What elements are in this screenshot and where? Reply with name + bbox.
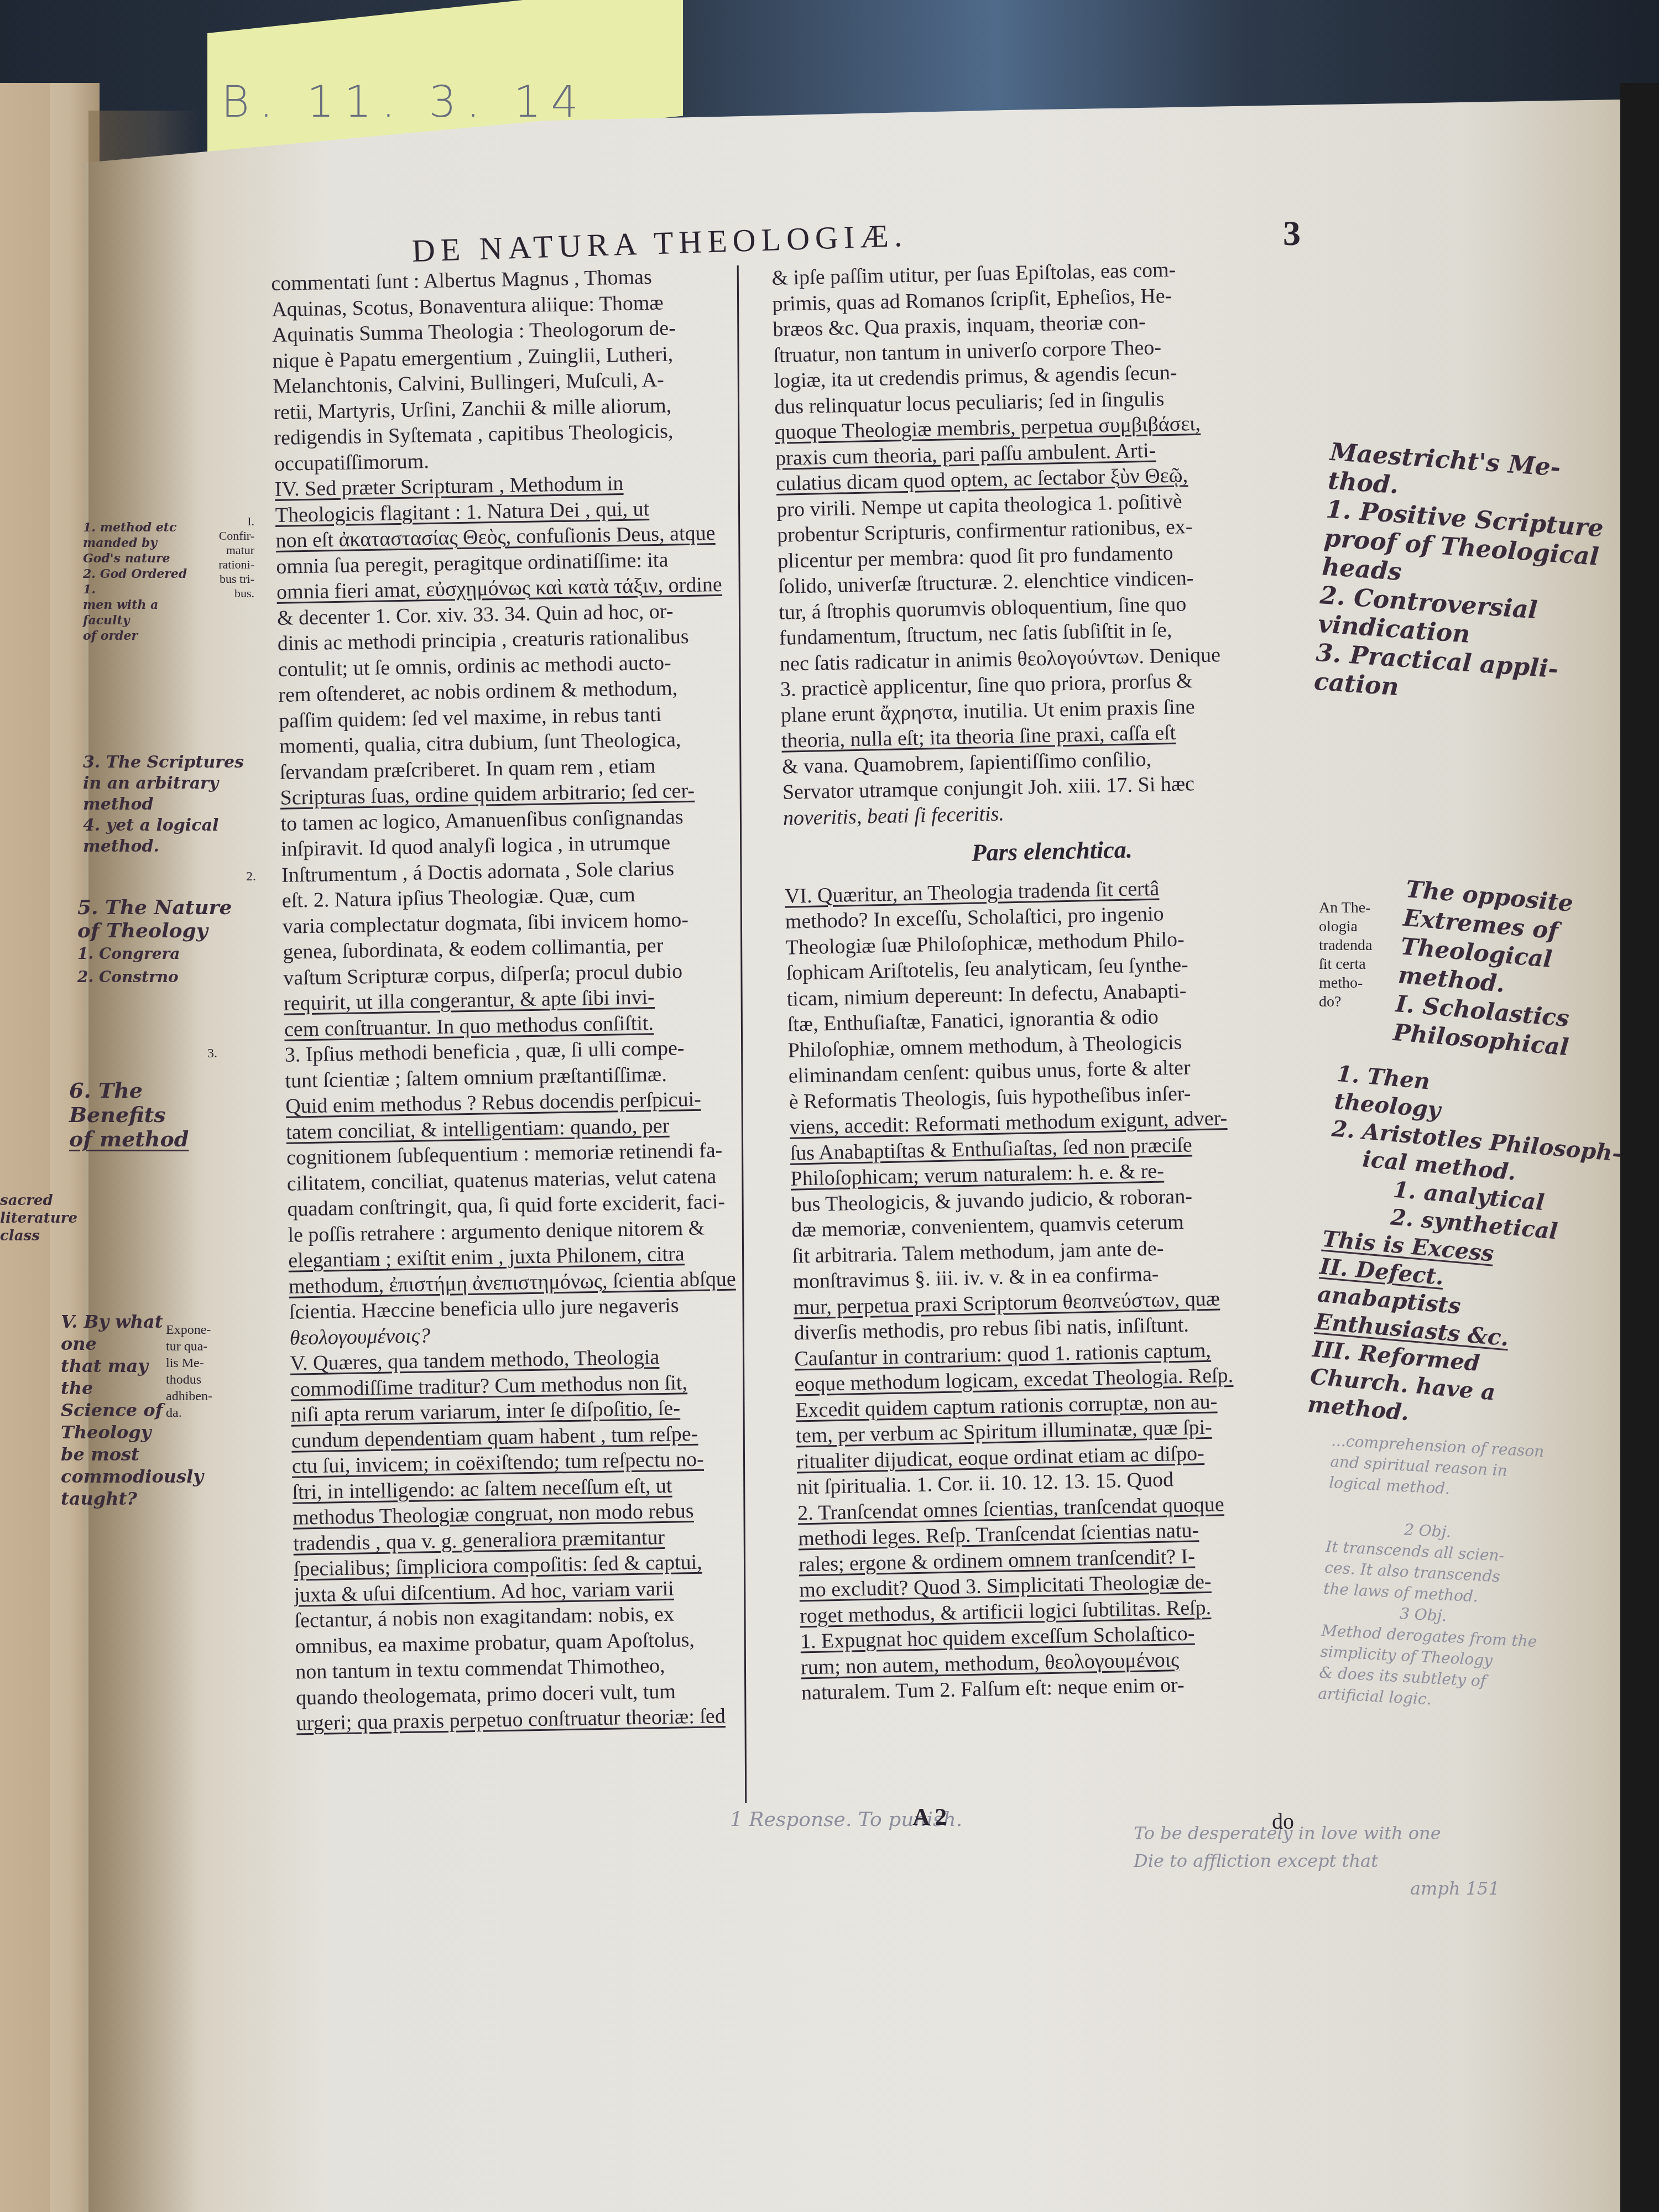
manuscript-note-extremes-detail: 1. Then theology 2. Aristotles Philosoph… <box>1307 1060 1647 1445</box>
note-line: men with a faculty <box>83 597 194 628</box>
note-line: Die to affliction except that <box>1134 1847 1521 1875</box>
note-line: be most <box>61 1443 177 1465</box>
note-line: of Theology <box>77 919 243 942</box>
note-line: 2. Constrno <box>77 966 243 989</box>
note-line: in an arbitrary <box>83 773 249 794</box>
note-line: class <box>0 1227 61 1245</box>
note-line: To be desperately in love with one <box>1134 1819 1521 1847</box>
call-number: B. 11. 3. 14 <box>221 77 588 127</box>
note-line: of method <box>69 1127 246 1151</box>
section-heading: Pars elenchtica. <box>784 833 1321 870</box>
note-line: sacred <box>0 1192 61 1209</box>
note-line: of order <box>83 628 194 644</box>
note-line: commodiously <box>61 1465 177 1488</box>
manuscript-note-left-scriptures: 3. The Scriptures in an arbitrary method… <box>83 752 249 857</box>
left-text-column: commentati ſunt : Albertus Magnus , Thom… <box>271 263 783 1736</box>
left-page-shadow <box>0 83 50 2212</box>
pencil-note-bottom-right: To be desperately in love with one Die t… <box>1134 1819 1521 1902</box>
page-number: 3 <box>1283 213 1301 254</box>
gutter-shadow <box>88 111 199 2212</box>
printed-side-note-right: An The- ologia tradenda ſit certa metho-… <box>1319 899 1391 1011</box>
note-line: 1. Congrera <box>77 942 243 966</box>
side-note-line: ſit certa <box>1319 955 1391 974</box>
manuscript-note-left-how-taught: V. By what one that may the Science of T… <box>61 1311 177 1510</box>
note-line: Theology <box>61 1421 177 1443</box>
note-line: 2. God Ordered 1. <box>83 566 194 597</box>
note-line: that may the <box>61 1355 177 1399</box>
right-text-column: & ipſe paſſim utitur, per ſuas Epiſtolas… <box>771 254 1338 1706</box>
side-note-line: ologia <box>1319 917 1391 936</box>
note-line: 3. The Scriptures <box>83 752 249 773</box>
note-line: taught? <box>61 1488 177 1510</box>
side-note-line: matur <box>188 543 254 557</box>
note-line: 6. The Benefits <box>69 1078 246 1127</box>
printed-side-note-left-top: I. Confir- matur rationi- bus tri- bus. <box>188 514 254 601</box>
note-line: method. <box>83 836 249 857</box>
pencil-note-objections: ...comprehension of reason and spiritual… <box>1317 1430 1630 1720</box>
signature-mark: A 2 <box>912 1803 947 1831</box>
manuscript-note-maestricht-method: Maestricht's Me- thod. 1. Positive Scrip… <box>1313 438 1629 717</box>
manuscript-note-left-nature: 5. The Nature of Theology 1. Congrera 2.… <box>77 896 243 989</box>
note-line: manded by <box>83 535 194 551</box>
side-note-line: bus. <box>188 586 254 601</box>
printed-side-note-number: 2. <box>246 868 256 885</box>
note-line: 5. The Nature <box>77 896 243 919</box>
side-note-line: tradenda <box>1319 936 1391 955</box>
note-line: method <box>83 794 249 815</box>
note-line: 4. yet a logical <box>83 815 249 836</box>
side-note-line: I. <box>188 514 254 529</box>
note-line: 1. method etc <box>83 520 194 535</box>
manuscript-note-left-far: sacred literature class <box>0 1192 61 1245</box>
note-line: Science of <box>61 1399 177 1421</box>
side-note-line: bus tri- <box>188 572 254 586</box>
side-note-line: Confir- <box>188 529 254 543</box>
manuscript-note-left-method-commanded: 1. method etc manded by God's nature 2. … <box>83 520 194 644</box>
side-note-line: rationi- <box>188 557 254 572</box>
catchword: do <box>1272 1808 1294 1834</box>
manuscript-note-left-benefits: 6. The Benefits of method <box>69 1078 246 1151</box>
note-line: God's nature <box>83 551 194 566</box>
printed-side-note-number: 3. <box>207 1045 217 1062</box>
side-note-line: An The- <box>1319 899 1391 917</box>
side-note-line: do? <box>1319 993 1391 1011</box>
note-line: amph 151 <box>1134 1875 1521 1902</box>
manuscript-note-opposite-extremes: The opposite Extremes of Theological met… <box>1392 875 1644 1067</box>
note-line: V. By what one <box>61 1311 177 1355</box>
side-note-line: metho- <box>1319 974 1391 993</box>
note-line: literature <box>0 1209 61 1227</box>
